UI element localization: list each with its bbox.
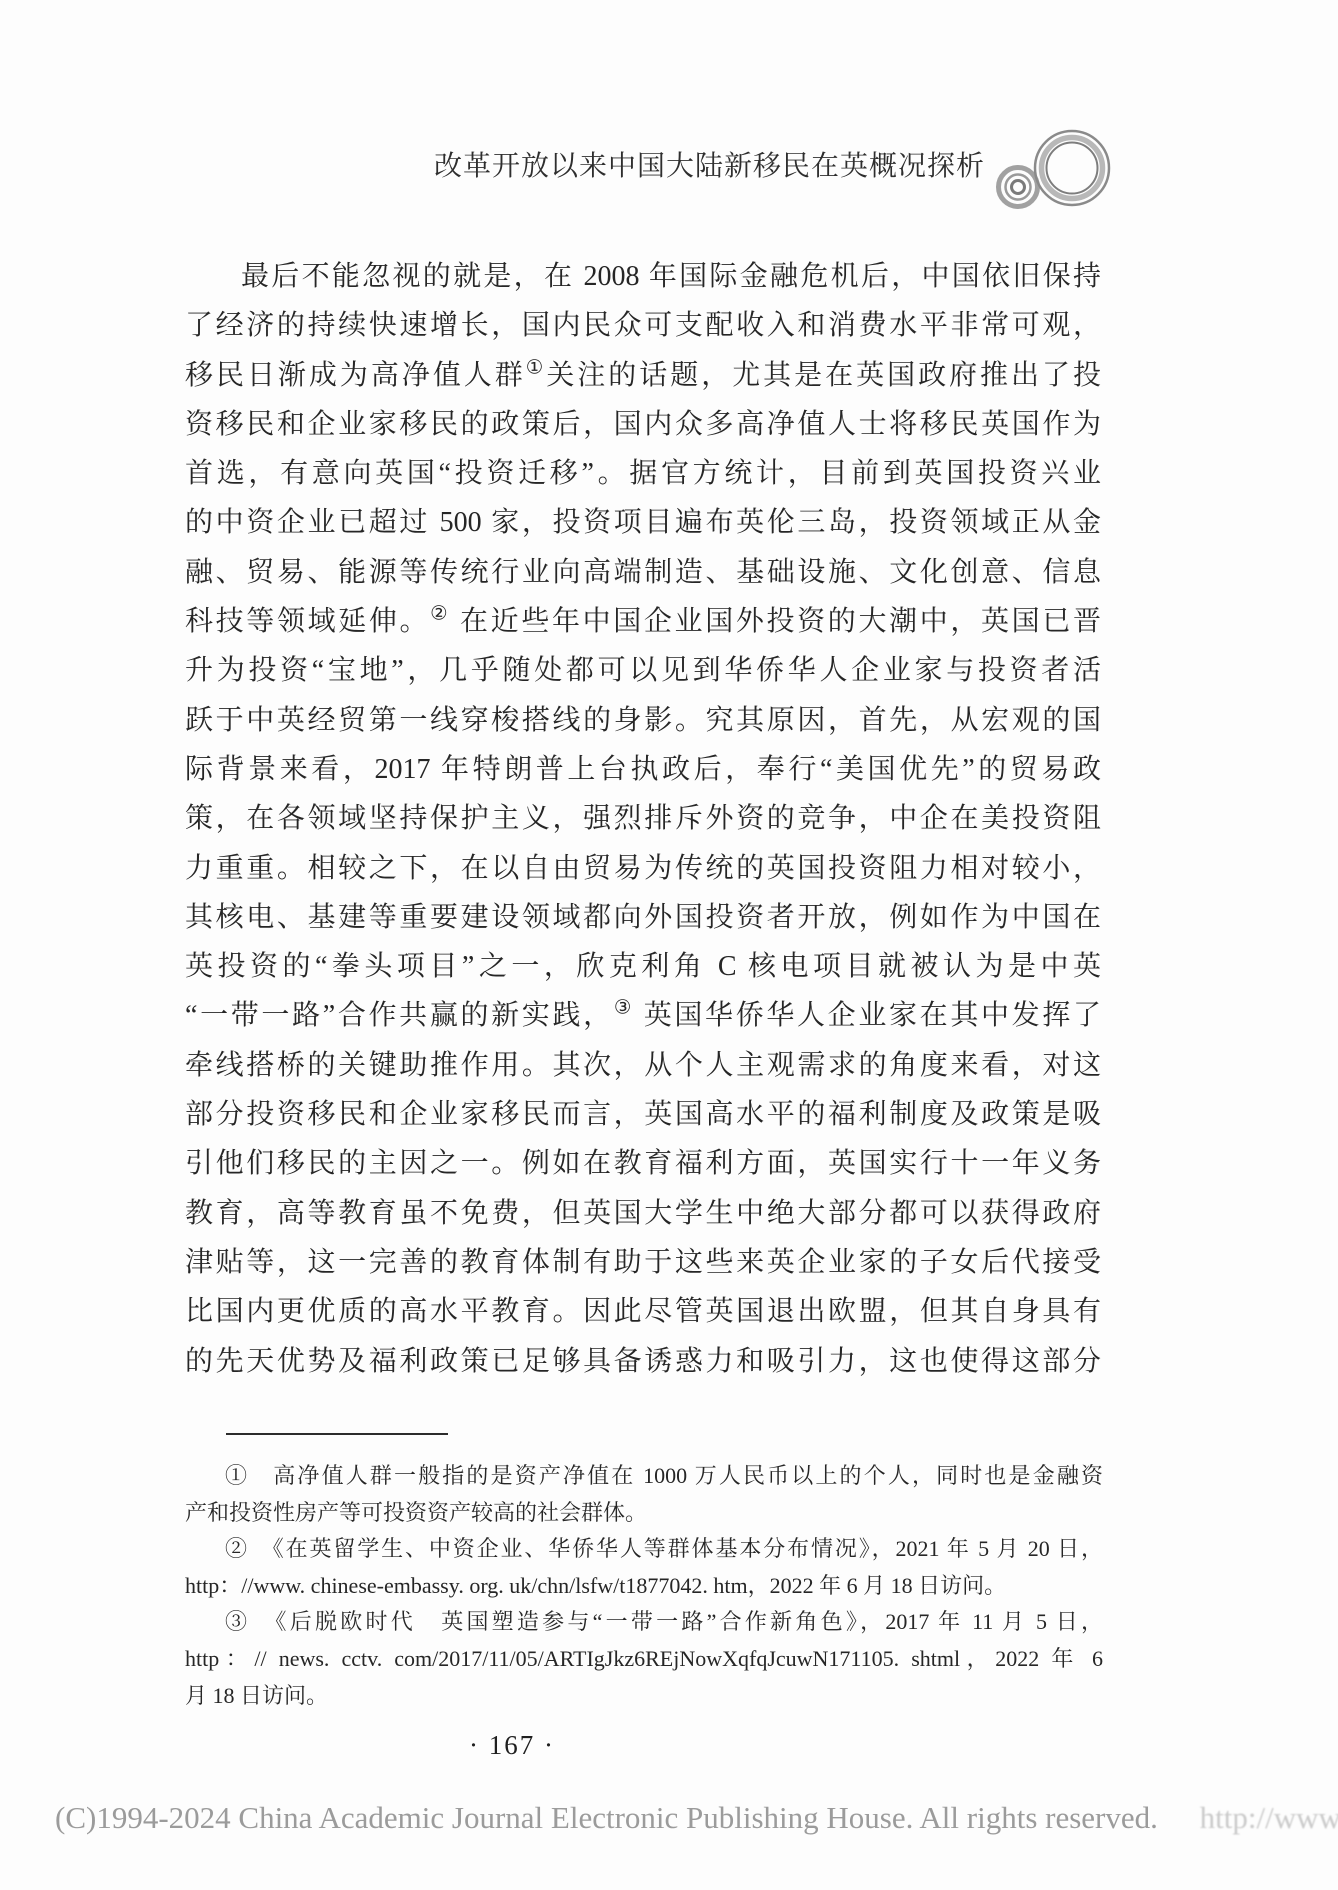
- footnote-ref-marker: ②: [430, 604, 450, 625]
- body-line: 跃于中英经贸第一线穿梭搭线的身影。究其原因，首先，从宏观的国: [185, 696, 1101, 745]
- body-line: 的先天优势及福利政策已足够具备诱惑力和吸引力，这也使得这部分: [185, 1337, 1101, 1386]
- body-line: 科技等领域延伸。② 在近些年中国企业国外投资的大潮中，英国已晋: [185, 597, 1101, 646]
- body-line: 教育，高等教育虽不免费，但英国大学生中绝大部分都可以获得政府: [185, 1189, 1101, 1238]
- footnote-separator: [226, 1433, 448, 1435]
- footer-watermark: (C)1994-2024 China Academic Journal Elec…: [55, 1800, 1338, 1836]
- footnote-line: http：//www. chinese-embassy. org. uk/chn…: [185, 1568, 1103, 1605]
- body-line: 引他们移民的主因之一。例如在教育福利方面，英国实行十一年义务: [185, 1139, 1101, 1188]
- body-line: 比国内更优质的高水平教育。因此尽管英国退出欧盟，但其自身具有: [185, 1287, 1101, 1336]
- body-line: 力重重。相较之下，在以自由贸易为传统的英国投资阻力相对较小，: [185, 844, 1101, 893]
- body-line: 融、贸易、能源等传统行业向高端制造、基础设施、文化创意、信息: [185, 548, 1101, 597]
- rings-logo-icon: [990, 103, 1115, 228]
- body-line: 部分投资移民和企业家移民而言，英国高水平的福利制度及政策是吸: [185, 1090, 1101, 1139]
- footnote-ref-marker: ①: [526, 357, 547, 378]
- footnote-line: 产和投资性房产等可投资资产较高的社会群体。: [185, 1495, 1103, 1532]
- body-line: 首选，有意向英国“投资迁移”。据官方统计，目前到英国投资兴业: [185, 449, 1101, 498]
- body-line: 其核电、基建等重要建设领域都向外国投资者开放，例如作为中国在: [185, 893, 1101, 942]
- body-line: 资移民和企业家移民的政策后，国内众多高净值人士将移民英国作为: [185, 400, 1101, 449]
- body-line: 英投资的“拳头项目”之一，欣克利角 C 核电项目就被认为是中英: [185, 942, 1101, 991]
- footnote-line: 月 18 日访问。: [185, 1678, 1103, 1715]
- body-line: 津贴等，这一完善的教育体制有助于这些来英企业家的子女后代接受: [185, 1238, 1101, 1287]
- body-text: 最后不能忽视的就是，在 2008 年国际金融危机后，中国依旧保持了经济的持续快速…: [185, 252, 1101, 1386]
- body-line: 了经济的持续快速增长，国内民众可支配收入和消费水平非常可观，: [185, 301, 1101, 350]
- footnote-line: ② 《在英留学生、中资企业、华侨华人等群体基本分布情况》，2021 年 5 月 …: [185, 1531, 1103, 1568]
- page: 改革开放以来中国大陆新移民在英概况探析 最后不能忽视的就是，在 2008 年国际…: [0, 0, 1338, 1890]
- body-line: “一带一路”合作共赢的新实践，③ 英国华侨华人企业家在其中发挥了: [185, 991, 1101, 1040]
- body-line: 际背景来看，2017 年特朗普上台执政后，奉行“美国优先”的贸易政: [185, 745, 1101, 794]
- footnote-line: http：// news. cctv. com/2017/11/05/ARTIg…: [185, 1641, 1103, 1678]
- footnote-line: ① 高净值人群一般指的是资产净值在 1000 万人民币以上的个人，同时也是金融资: [185, 1458, 1103, 1495]
- copyright-text: (C)1994-2024 China Academic Journal Elec…: [55, 1800, 1158, 1835]
- body-line: 的中资企业已超过 500 家，投资项目遍布英伦三岛，投资领域正从金: [185, 498, 1101, 547]
- body-line: 最后不能忽视的就是，在 2008 年国际金融危机后，中国依旧保持: [185, 252, 1101, 301]
- body-line: 升为投资“宝地”，几乎随处都可以见到华侨华人企业家与投资者活: [185, 646, 1101, 695]
- footnote-ref-marker: ③: [614, 998, 634, 1019]
- watermark-url: http://www.cnki.: [1200, 1800, 1338, 1835]
- page-number: · 167 ·: [412, 1730, 612, 1761]
- footnotes: ① 高净值人群一般指的是资产净值在 1000 万人民币以上的个人，同时也是金融资…: [185, 1458, 1103, 1714]
- body-line: 策，在各领域坚持保护主义，强烈排斥外资的竞争，中企在美投资阻: [185, 794, 1101, 843]
- body-line: 牵线搭桥的关键助推作用。其次，从个人主观需求的角度来看，对这: [185, 1041, 1101, 1090]
- footnote-line: ③ 《后脱欧时代 英国塑造参与“一带一路”合作新角色》，2017 年 11 月 …: [185, 1604, 1103, 1641]
- body-line: 移民日渐成为高净值人群①关注的话题，尤其是在英国政府推出了投: [185, 351, 1101, 400]
- page-title: 改革开放以来中国大陆新移民在英概况探析: [185, 148, 985, 186]
